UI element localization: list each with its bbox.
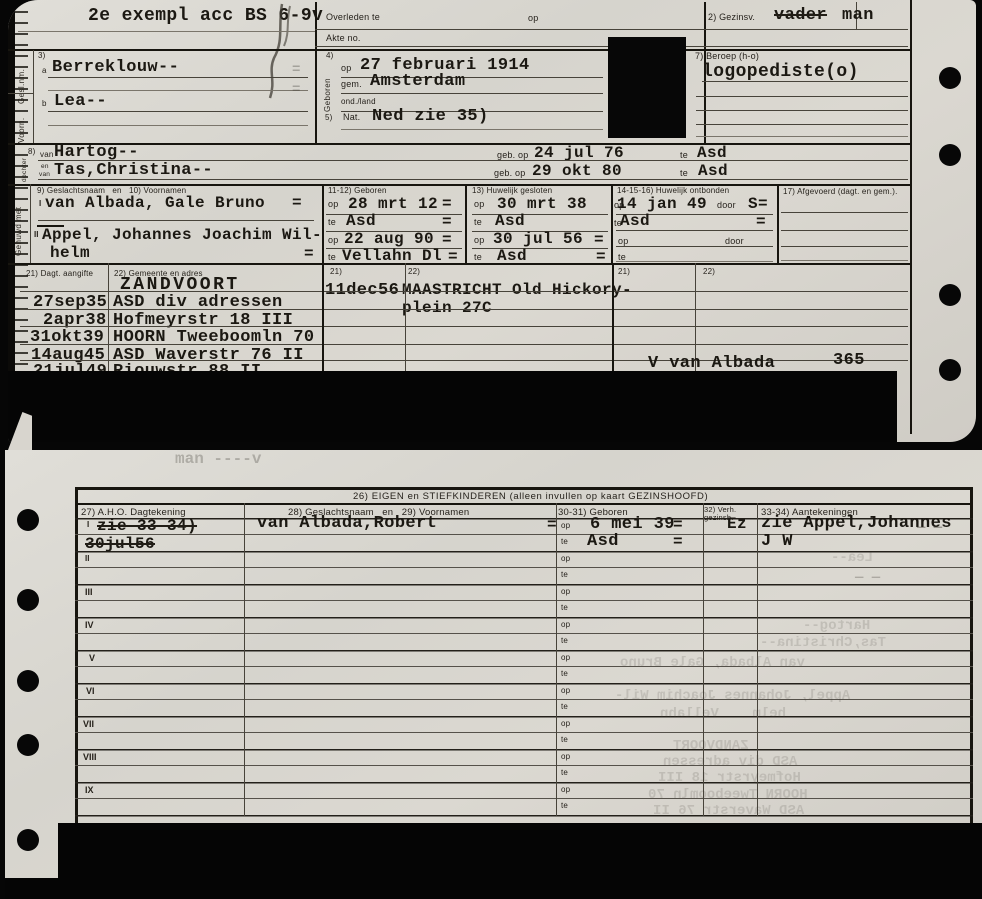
- at-label: te: [561, 735, 568, 744]
- marriage-dissolved-header: 14-15-16) Huwelijk ontbonden: [617, 186, 729, 195]
- row-numeral: VI: [86, 686, 95, 696]
- punch-hole: [17, 829, 39, 851]
- rule-line: [341, 129, 603, 130]
- col-22-header: 22): [408, 267, 420, 276]
- divider-line: [465, 184, 467, 263]
- card-frame-top: [75, 487, 973, 490]
- mother-name-value: Tas,Christina--: [54, 161, 213, 180]
- card-edge-line: [910, 0, 912, 434]
- punch-hole: [17, 589, 39, 611]
- col-21-header: 21): [330, 267, 342, 276]
- rule-line: [616, 230, 773, 231]
- divider-line: [322, 184, 324, 263]
- married-to-side-label: Gehuwd met: [14, 192, 23, 256]
- nationality-value: Ned zie 35): [372, 107, 489, 126]
- row-numeral: IX: [85, 785, 94, 795]
- first-municipality: ZANDVOORT: [120, 275, 240, 295]
- at-label: te: [680, 150, 688, 160]
- by-label: door: [717, 200, 736, 210]
- on-label: op: [561, 653, 570, 662]
- gutter-split: [8, 93, 33, 94]
- and-label: en: [41, 163, 49, 170]
- surname-value: Berreklouw--: [52, 58, 179, 77]
- ink-dash-mark: — —: [855, 570, 880, 586]
- equals-mark: =: [594, 231, 604, 249]
- divider-line: [322, 263, 324, 371]
- child-name: van Albada,Robert: [257, 514, 437, 533]
- at-label: te: [561, 702, 568, 711]
- spouse-2-name-cont: helm: [50, 244, 90, 262]
- dissolution-by: S=: [748, 195, 768, 213]
- rule-line: [20, 291, 908, 292]
- rule-line: [20, 344, 908, 345]
- by-label: door: [725, 236, 744, 246]
- on-label: op: [561, 752, 570, 761]
- row-numeral: III: [85, 587, 93, 597]
- deceased-on-label: op: [528, 13, 538, 23]
- on-label: op: [561, 554, 570, 563]
- firstname-value: Lea--: [54, 92, 107, 111]
- redaction-bar: [5, 878, 982, 899]
- gutter-line: [33, 50, 34, 143]
- family-position-struck-value: vader: [774, 6, 827, 25]
- on-label: op: [618, 236, 628, 246]
- rule-line: [38, 179, 908, 180]
- rule-line: [616, 246, 773, 247]
- rule-line: [616, 261, 773, 262]
- daughter-side-label: dochter: [21, 152, 28, 182]
- field-4-number: 4): [326, 51, 334, 60]
- on-label: op: [561, 587, 570, 596]
- person-card-front: 2e exempl acc BS 6-9v Overleden te op 2)…: [8, 0, 976, 442]
- equals-mark: =: [304, 245, 314, 263]
- punch-hole: [17, 670, 39, 692]
- bleedthrough-text: ZANDVOORT: [673, 738, 749, 754]
- born-on-label: geb. op: [497, 150, 528, 160]
- section-border: [75, 503, 973, 505]
- spouse-2-name: Appel, Johannes Joachim Wil-: [42, 226, 322, 244]
- equals-mark: =: [673, 533, 683, 551]
- birth-place-value: Amsterdam: [370, 72, 465, 91]
- child-birth-place: Asd: [587, 532, 619, 551]
- on-label: op: [328, 199, 338, 209]
- bleedthrough-text: van Albada, Gale Bruno: [620, 655, 805, 671]
- divider-line: [777, 184, 779, 263]
- rule-line: [48, 111, 308, 112]
- marriage-2-date: 30 jul 56: [493, 230, 583, 248]
- bleedthrough-text: ASD Waverstr 76 II: [653, 803, 804, 819]
- children-section-title: 26) EIGEN en STIEFKINDEREN (alleen invul…: [353, 491, 708, 502]
- section-border: [8, 143, 910, 145]
- divider-line: [612, 263, 614, 371]
- rule-line: [48, 125, 308, 126]
- child-relation-code: Ez: [727, 515, 747, 533]
- on-label: op: [474, 235, 484, 245]
- card-note-number: 365: [833, 351, 865, 370]
- marriage-2-numeral: II: [34, 230, 38, 239]
- rule-line: [702, 81, 908, 82]
- rule-line: [472, 248, 608, 249]
- row-numeral: V: [89, 653, 95, 663]
- at-label: te: [561, 603, 568, 612]
- row-grid-light: [75, 534, 973, 816]
- equals-mark: =: [292, 194, 302, 212]
- scanned-archive-page: 2e exempl acc BS 6-9v Overleden te op 2)…: [0, 0, 982, 899]
- at-label: te: [328, 217, 336, 227]
- at-label: te: [561, 537, 568, 546]
- born-side-label: Geboren: [323, 64, 332, 112]
- marriage-concluded-header: 13) Huwelijk gesloten: [472, 186, 552, 195]
- occupation-value: logopediste(o): [702, 62, 859, 82]
- punch-hole: [17, 734, 39, 756]
- marriage-1-birth-date: 28 mrt 12: [348, 195, 438, 213]
- rule-line: [315, 29, 908, 30]
- field-3-number: 3): [38, 51, 46, 60]
- dissolution-date: 14 jan 49: [617, 195, 707, 213]
- field-5-number: 5): [325, 113, 333, 122]
- bleedthrough-text: ASD div adressen: [663, 754, 797, 770]
- register-address-line2: plein 27C: [402, 299, 492, 317]
- row-numeral: IV: [85, 620, 94, 630]
- rule-line: [18, 31, 315, 32]
- occupation-header: 7) Beroep (h-o): [695, 51, 759, 61]
- of-label: van: [39, 171, 50, 178]
- sub-b-label: b: [42, 99, 47, 108]
- at-label: te: [561, 570, 568, 579]
- born-on-label: geb. op: [494, 168, 525, 178]
- family-position-label: 2) Gezinsv.: [708, 12, 755, 22]
- on-label: op: [328, 235, 338, 245]
- row-numeral: VIII: [83, 752, 97, 762]
- born-col-header: 11-12) Geboren: [328, 186, 387, 195]
- rule-line: [38, 160, 908, 161]
- bleedthrough-text: man ----v: [175, 450, 261, 468]
- marriage-1-place: Asd: [495, 212, 525, 230]
- bleedthrough-text: helm Vellahn: [660, 706, 786, 722]
- equals-mark: =: [442, 195, 452, 213]
- municipality-label: gem.: [341, 79, 362, 89]
- removed-header: 17) Afgevoerd (dagt. en gem.).: [783, 187, 898, 196]
- row-numeral: II: [85, 554, 89, 563]
- at-label: te: [474, 217, 482, 227]
- dissolution-place: Asd: [620, 212, 650, 230]
- redaction-box: [608, 37, 686, 138]
- row-numeral: VII: [83, 719, 94, 729]
- rule-line: [696, 110, 908, 111]
- divider-line: [556, 503, 557, 816]
- subject-country-label: ond./land: [341, 97, 376, 106]
- equals-mark: =: [442, 213, 452, 231]
- rule-line: [781, 212, 908, 213]
- firstnames-side-label: Voorn.: [17, 99, 26, 143]
- marriage-1-numeral: I: [39, 199, 41, 208]
- surname-side-label: Gesl.nm.: [17, 56, 26, 104]
- spouse-1-name: van Albada, Gale Bruno: [45, 194, 265, 212]
- equals-mark: =: [673, 516, 683, 534]
- rule-line: [781, 246, 908, 247]
- rule-line: [696, 136, 908, 137]
- register-address-line1: MAASTRICHT Old Hickory-: [402, 281, 632, 299]
- bleedthrough-text: Appel, Johannes Joachim Wil-: [615, 688, 850, 704]
- family-position-value: man: [842, 6, 874, 25]
- on-label: op: [561, 785, 570, 794]
- equals-mark: =: [756, 213, 766, 231]
- rule-line: [781, 230, 908, 231]
- divider-line: [244, 503, 245, 816]
- act-number-label: Akte no.: [326, 33, 361, 43]
- punch-hole: [939, 284, 961, 306]
- gutter-line: [30, 184, 31, 263]
- child-annotation-line2: J W: [761, 532, 793, 551]
- marriage-2-birth-date: 22 aug 90: [344, 230, 434, 248]
- equals-mark: =: [547, 516, 557, 534]
- divider-line: [315, 2, 317, 50]
- child-row-date-struck: 30jul56: [85, 535, 155, 553]
- redaction-bar: [8, 371, 897, 442]
- punch-hole: [939, 67, 961, 89]
- rule-line: [696, 96, 908, 97]
- on-label: op: [474, 199, 484, 209]
- row-numeral: I: [87, 520, 89, 529]
- nationality-label: Nat.: [343, 112, 360, 122]
- col-21-header: 21): [618, 267, 630, 276]
- person-card-children-section: man ----v 26) EIGEN en STIEFKINDEREN (al…: [5, 450, 982, 899]
- bleedthrough-text: =: [292, 62, 300, 78]
- of-label: van: [40, 150, 54, 159]
- rule-line: [20, 326, 908, 327]
- on-label: op: [561, 719, 570, 728]
- rule-line: [472, 214, 608, 215]
- bleedthrough-text: Lea--: [831, 550, 873, 566]
- rule-line: [781, 260, 908, 261]
- section-border: [8, 263, 910, 265]
- equals-mark: =: [442, 231, 452, 249]
- field-8-number: 8): [28, 147, 36, 156]
- punch-hole: [939, 144, 961, 166]
- col-22-header: 22): [703, 267, 715, 276]
- deceased-at-label: Overleden te: [326, 12, 380, 22]
- at-label: te: [561, 768, 568, 777]
- rule-line: [341, 93, 603, 94]
- punch-hole: [939, 359, 961, 381]
- on-label: op: [561, 620, 570, 629]
- divider-line: [108, 263, 109, 371]
- at-label: te: [474, 252, 482, 262]
- punch-hole: [17, 509, 39, 531]
- section-border: [8, 49, 910, 51]
- marriage-1-date: 30 mrt 38: [497, 195, 587, 213]
- ink-dash-mark: — —: [917, 520, 942, 536]
- divider-line: [704, 2, 706, 50]
- pen-mark: [254, 0, 296, 104]
- marriage-1-birth-place: Asd: [346, 212, 376, 230]
- at-label: te: [561, 801, 568, 810]
- bleedthrough-text: Hartog--: [803, 618, 870, 634]
- bleedthrough-text: =: [292, 82, 300, 98]
- at-label: te: [328, 252, 336, 262]
- rule-line: [48, 90, 308, 91]
- divider-line: [315, 50, 317, 143]
- mother-birth-date: 29 okt 80: [532, 162, 622, 180]
- at-label: te: [561, 669, 568, 678]
- bleedthrough-text: Tas,Christina--: [760, 635, 886, 651]
- rule-line: [696, 124, 908, 125]
- at-label: te: [680, 168, 688, 178]
- rule-line: [20, 309, 908, 310]
- rule-line: [38, 220, 314, 221]
- divider-line: [611, 184, 613, 263]
- on-label: op: [561, 686, 570, 695]
- born-on-label: op: [341, 63, 351, 73]
- child-row-note-struck: zie 33-34): [97, 517, 197, 535]
- rule-line: [48, 77, 308, 78]
- declaration-date-header: 21) Dagt. aangifte: [26, 269, 93, 278]
- at-label: te: [561, 636, 568, 645]
- sub-a-label: a: [42, 66, 47, 75]
- on-label: op: [561, 521, 570, 530]
- bleedthrough-text: Hofmeyrstr 18 III: [658, 770, 801, 786]
- mother-birth-place: Asd: [698, 162, 728, 180]
- divider-line: [405, 263, 406, 371]
- bleedthrough-text: HOORN Tweeboomln 70: [648, 787, 808, 803]
